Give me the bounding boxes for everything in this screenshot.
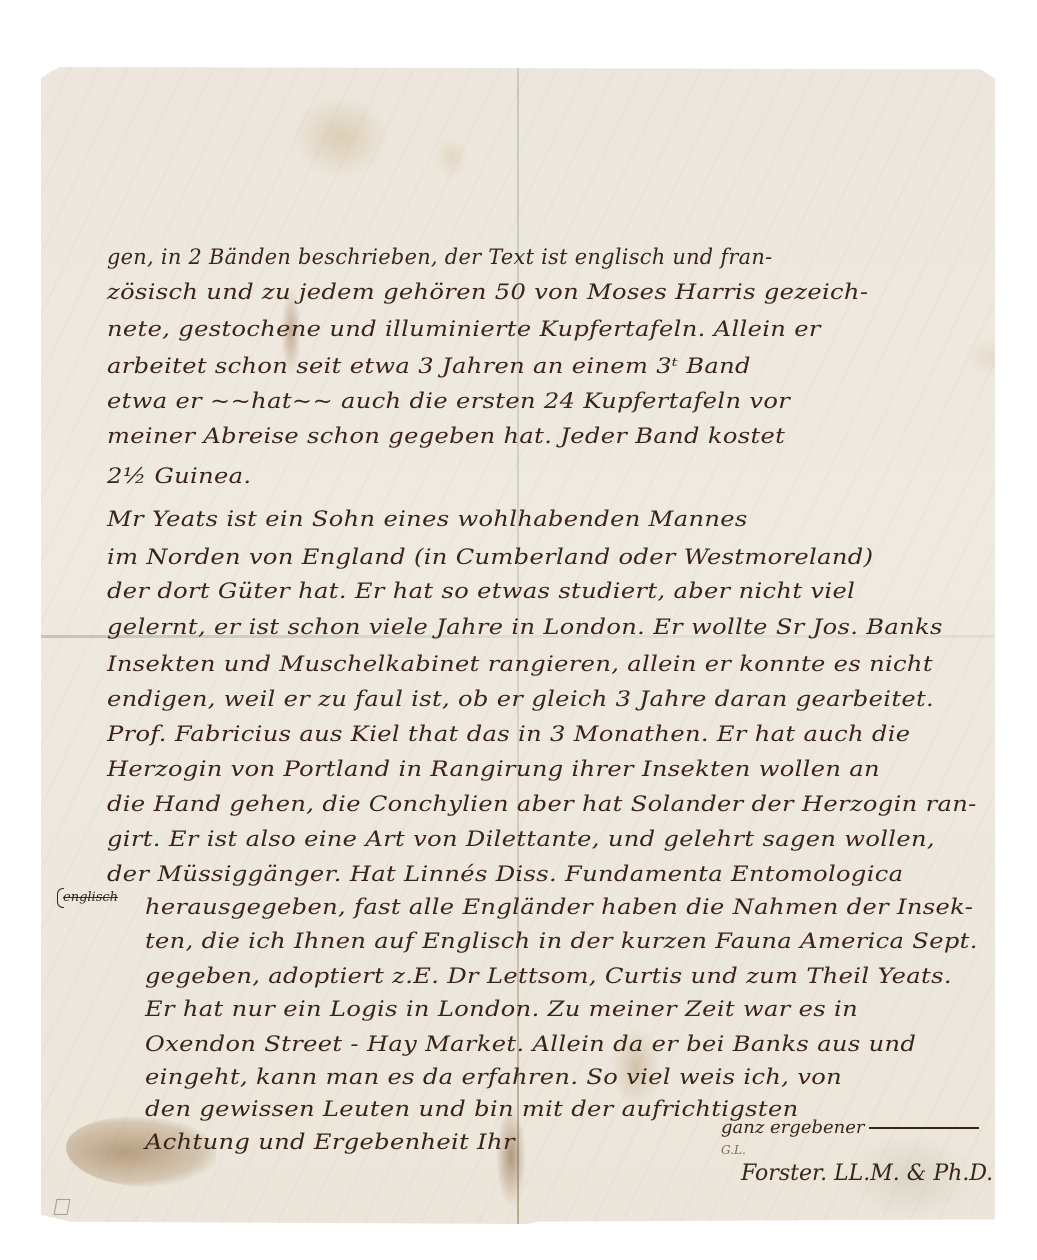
closing-line: ganz ergebenerG.L.	[721, 1117, 995, 1159]
letter-line: den gewissen Leuten und bin mit der aufr…	[145, 1097, 799, 1121]
letter-line: etwa er ~~hat~~ auch die ersten 24 Kupfe…	[107, 389, 790, 413]
letter-line: herausgegeben, fast alle Engländer haben…	[145, 895, 973, 919]
closing-text: ganz ergebener	[721, 1117, 865, 1138]
letter-line: arbeitet schon seit etwa 3 Jahren an ein…	[107, 354, 751, 378]
letter-body: gen, in 2 Bänden beschrieben, der Text i…	[41, 67, 995, 1224]
letter-line: Prof. Fabricius aus Kiel that das in 3 M…	[107, 722, 910, 746]
letter-line: gegeben, adoptiert z.E. Dr Lettsom, Curt…	[145, 964, 952, 988]
margin-note-crossed-out: englisch	[63, 890, 118, 905]
letter-line: der Müssiggänger. Hat Linnés Diss. Funda…	[107, 862, 903, 886]
letter-line: im Norden von England (in Cumberland ode…	[107, 545, 873, 569]
letter-line: zösisch und zu jedem gehören 50 von Mose…	[107, 280, 868, 304]
letter-line: Mr Yeats ist ein Sohn eines wohlhabenden…	[107, 507, 748, 531]
letter-line: eingeht, kann man es da erfahren. So vie…	[145, 1065, 842, 1089]
letter-page: gen, in 2 Bänden beschrieben, der Text i…	[41, 67, 995, 1224]
closing-initials: G.L.	[721, 1143, 746, 1157]
letter-line: meiner Abreise schon gegeben hat. Jeder …	[107, 424, 785, 448]
closing-flourish	[869, 1127, 979, 1129]
letter-line: Er hat nur ein Logis in London. Zu meine…	[145, 997, 858, 1021]
letter-line: gelernt, er ist schon viele Jahre in Lon…	[107, 615, 943, 639]
letter-line: Oxendon Street - Hay Market. Allein da e…	[145, 1032, 916, 1056]
letter-line: ten, die ich Ihnen auf Englisch in der k…	[145, 929, 978, 953]
letter-line: 2½ Guinea.	[107, 464, 251, 488]
letter-line: endigen, weil er zu faul ist, ob er glei…	[107, 687, 934, 711]
letter-line: girt. Er ist also eine Art von Dilettant…	[107, 827, 935, 851]
letter-line: nete, gestochene und illuminierte Kupfer…	[107, 317, 821, 341]
letter-line: die Hand gehen, die Conchylien aber hat …	[107, 792, 977, 816]
letter-line: gen, in 2 Bänden beschrieben, der Text i…	[107, 245, 981, 269]
letter-line: Achtung und Ergebenheit Ihr	[145, 1130, 515, 1154]
letter-line: Herzogin von Portland in Rangirung ihrer…	[107, 757, 880, 781]
letter-line: der dort Güter hat. Er hat so etwas stud…	[107, 579, 855, 603]
letter-line: Insekten und Muschelkabinet rangieren, a…	[107, 652, 933, 676]
signature-block: ganz ergebenerG.L. Forster. LL.M. & Ph.D…	[713, 1117, 995, 1186]
signature-name: Forster. LL.M. & Ph.D.	[741, 1161, 995, 1186]
